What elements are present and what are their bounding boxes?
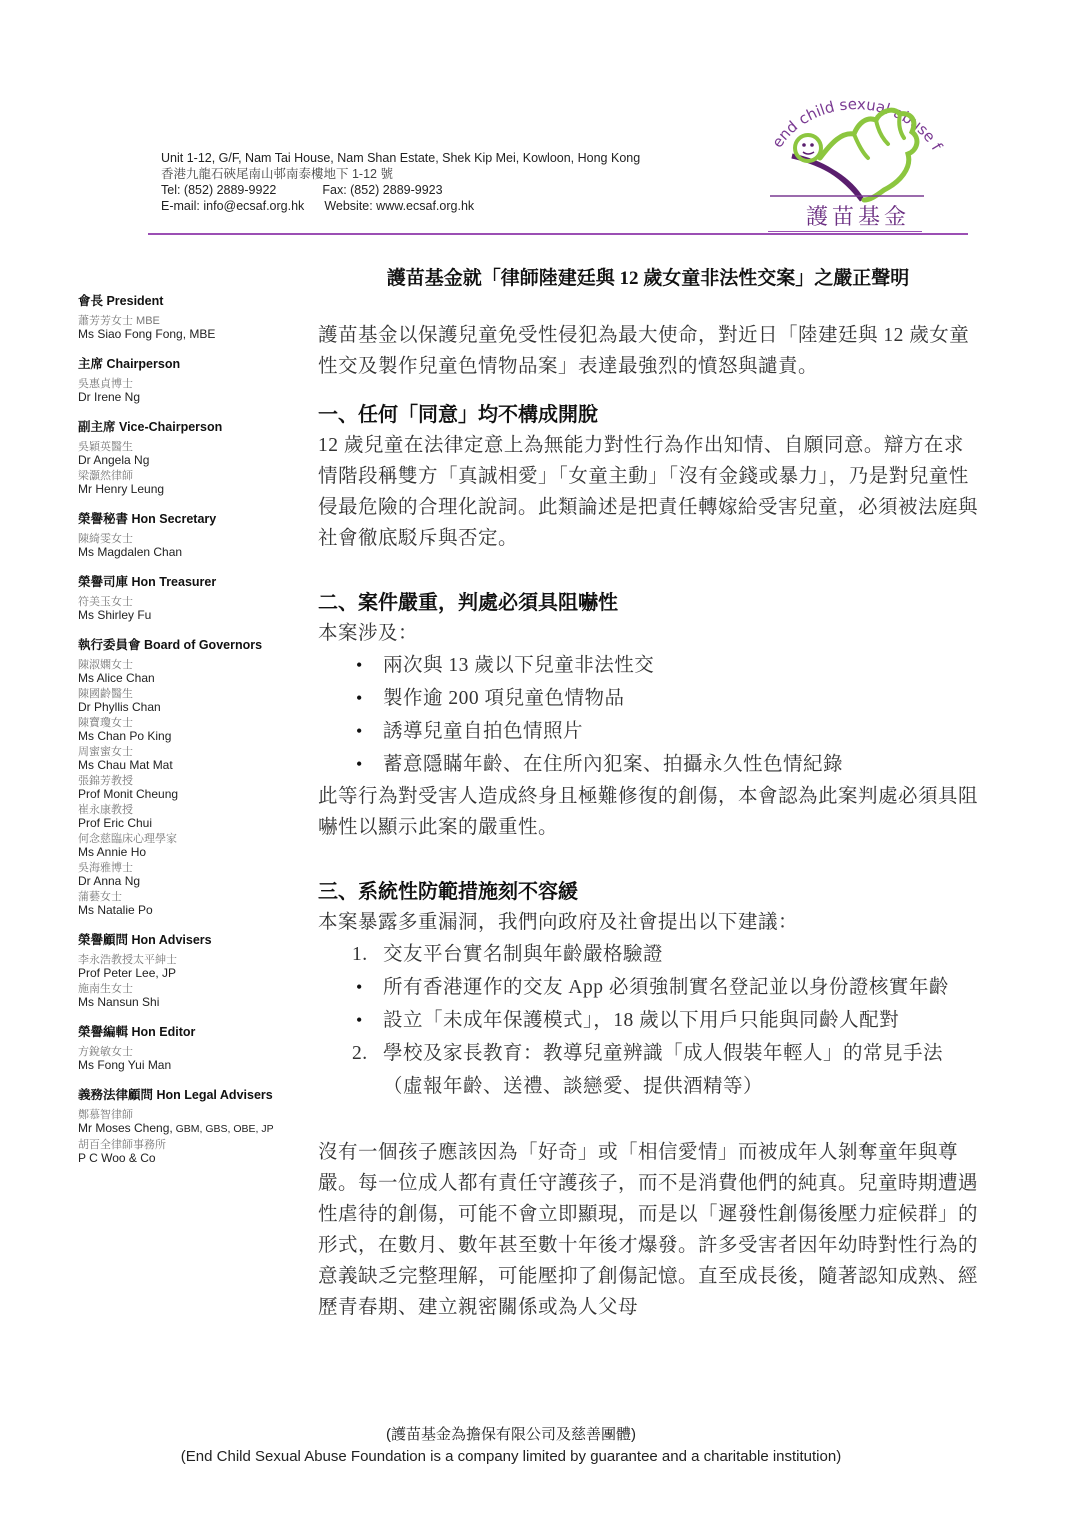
member: 方銳敏女士Ms Fong Yui Man (78, 1046, 298, 1072)
member: 陳國齡醫生Dr Phyllis Chan (78, 688, 298, 714)
member-name-en: Dr Anna Ng (78, 875, 298, 888)
section-3-lead: 本案暴露多重漏洞，我們向政府及社會提出以下建議： (318, 907, 978, 938)
group-title: 榮譽顧問 Hon Advisers (78, 933, 298, 948)
website: Website: www.ecsaf.org.hk (324, 199, 474, 213)
group-title: 榮譽司庫 Hon Treasurer (78, 575, 298, 590)
board-member-sidebar: 會長 President 蕭芳芳女士 MBE Ms Siao Fong Fong… (78, 294, 298, 1181)
member: 周蜜蜜女士Ms Chau Mat Mat (78, 746, 298, 772)
member-name-en: Ms Siao Fong Fong, MBE (78, 328, 298, 341)
list-item: 誘導兒童自拍色情照片 (318, 715, 978, 748)
member: 張錦芳教授Prof Monit Cheung (78, 775, 298, 801)
member: 崔永康教授Prof Eric Chui (78, 804, 298, 830)
member: 陳淑嫻女士Ms Alice Chan (78, 659, 298, 685)
closing-paragraph: 沒有一個孩子應該因為「好奇」或「相信愛情」而被成年人剝奪童年與尊嚴。每一位成人都… (318, 1137, 978, 1323)
group-hon-treasurer: 榮譽司庫 Hon Treasurer 符美玉女士 Ms Shirley Fu (78, 575, 298, 622)
list-item: 2. 學校及家長教育：教導兒童辨識「成人假裝年輕人」的常見手法（虛報年齡、送禮、… (318, 1037, 978, 1103)
group-title: 主席 Chairperson (78, 357, 298, 372)
group-board-of-governors: 執行委員會 Board of Governors 陳淑嫻女士Ms Alice C… (78, 638, 298, 917)
section-2-body: 此等行為對受害人造成終身且極難修復的創傷，本會認為此案判處必須具阻嚇性以顯示此案… (318, 781, 978, 843)
group-hon-advisers: 榮譽顧問 Hon Advisers 李永浩教授太平紳士Prof Peter Le… (78, 933, 298, 1009)
group-vice-chairperson: 副主席 Vice-Chairperson 吳穎英醫生 Dr Angela Ng … (78, 420, 298, 496)
group-president: 會長 President 蕭芳芳女士 MBE Ms Siao Fong Fong… (78, 294, 298, 341)
telephone: Tel: (852) 2889-9922 (161, 183, 276, 197)
address-en: Unit 1-12, G/F, Nam Tai House, Nam Shan … (161, 150, 640, 166)
statement-body: 護苗基金就「律師陸建廷與 12 歲女童非法性交案」之嚴正聲明 護苗基金以保護兒童… (318, 266, 978, 1323)
group-title: 執行委員會 Board of Governors (78, 638, 298, 653)
member-name-en: Dr Angela Ng (78, 454, 298, 467)
section-1-body: 12 歲兒童在法律定意上為無能力對性行為作出知情、自願同意。辯方在求情階段稱雙方… (318, 430, 978, 554)
list-item: • 所有香港運作的交友 App 必須強制實名登記並以身份證核實年齡 (318, 971, 978, 1004)
intro-paragraph: 護苗基金以保護兒童免受性侵犯為最大使命，對近日「陸建廷與 12 歲女童性交及製作… (318, 320, 978, 382)
member: 蒲藝女士Ms Natalie Po (78, 891, 298, 917)
list-marker: 2. (352, 1037, 368, 1070)
bullet-icon: • (356, 971, 363, 1004)
member-name-en: Ms Natalie Po (78, 904, 298, 917)
member-name-en: Ms Alice Chan (78, 672, 298, 685)
page-footer: (護苗基金為擔保有限公司及慈善團體) (End Child Sexual Abu… (0, 1424, 1022, 1468)
member-name-en: Ms Annie Ho (78, 846, 298, 859)
list-item: 1. 交友平台實名制與年齡嚴格驗證 (318, 938, 978, 971)
member-name-en: Ms Chan Po King (78, 730, 298, 743)
member: 李永浩教授太平紳士Prof Peter Lee, JP (78, 954, 298, 980)
member-name-en: Dr Phyllis Chan (78, 701, 298, 714)
list-item-text: 所有香港運作的交友 App 必須強制實名登記並以身份證核實年齡 (383, 977, 949, 998)
list-marker: 1. (352, 938, 368, 971)
member: 梁灝然律師 Mr Henry Leung (78, 470, 298, 496)
section-2-lead: 本案涉及： (318, 618, 978, 649)
document-title: 護苗基金就「律師陸建廷與 12 歲女童非法性交案」之嚴正聲明 (318, 266, 978, 292)
group-hon-legal-advisers: 義務法律顧問 Hon Legal Advisers 鄭慕智律師 Mr Moses… (78, 1088, 298, 1165)
list-item: • 設立「未成年保護模式」，18 歲以下用戶只能與同齡人配對 (318, 1004, 978, 1037)
list-item: 蓄意隱瞞年齡、在住所內犯案、拍攝永久性色情紀錄 (318, 748, 978, 781)
email: E-mail: info@ecsaf.org.hk (161, 199, 304, 213)
member-honours: GBM, GBS, OBE, JP (173, 1123, 274, 1135)
member-name-en: Ms Fong Yui Man (78, 1059, 298, 1072)
group-hon-editor: 榮譽編輯 Hon Editor 方銳敏女士Ms Fong Yui Man (78, 1025, 298, 1072)
member: 施南生女士Ms Nansun Shi (78, 983, 298, 1009)
member-name-en: Ms Shirley Fu (78, 609, 298, 622)
member: 何念慈臨床心理學家Ms Annie Ho (78, 833, 298, 859)
logo-name-zh: 護苗基金 (806, 200, 910, 231)
member: 符美玉女士 Ms Shirley Fu (78, 596, 298, 622)
member: 吳惠貞博士 Dr Irene Ng (78, 378, 298, 404)
member-name-en: Prof Peter Lee, JP (78, 967, 298, 980)
list-item-text: 學校及家長教育：教導兒童辨識「成人假裝年輕人」的常見手法（虛報年齡、送禮、談戀愛… (383, 1043, 943, 1097)
section-1-heading: 一、任何「同意」均不構成開脫 (318, 400, 978, 430)
member-name-en: Ms Nansun Shi (78, 996, 298, 1009)
footer-en: (End Child Sexual Abuse Foundation is a … (0, 1446, 1022, 1468)
group-title: 會長 President (78, 294, 298, 309)
member-name-en: Mr Moses Cheng, GBM, GBS, OBE, JP (78, 1122, 298, 1136)
member: 吳穎英醫生 Dr Angela Ng (78, 441, 298, 467)
group-title: 義務法律顧問 Hon Legal Advisers (78, 1088, 298, 1103)
member: 鄭慕智律師 Mr Moses Cheng, GBM, GBS, OBE, JP (78, 1109, 298, 1136)
member-name-en: Mr Henry Leung (78, 483, 298, 496)
member-name-en: Ms Chau Mat Mat (78, 759, 298, 772)
list-item: 製作逾 200 項兒童色情物品 (318, 682, 978, 715)
member: 吳海雅博士Dr Anna Ng (78, 862, 298, 888)
member: 陳寶瓊女士Ms Chan Po King (78, 717, 298, 743)
member-name-en-main: Mr Moses Cheng, (78, 1121, 173, 1135)
letterhead-contact: Unit 1-12, G/F, Nam Tai House, Nam Shan … (161, 150, 640, 214)
list-item-text: 設立「未成年保護模式」，18 歲以下用戶只能與同齡人配對 (383, 1010, 899, 1031)
member-name-en: P C Woo & Co (78, 1152, 298, 1165)
group-title: 榮譽秘書 Hon Secretary (78, 512, 298, 527)
footer-zh: (護苗基金為擔保有限公司及慈善團體) (0, 1424, 1022, 1446)
section-2-heading: 二、案件嚴重，判處必須具阻嚇性 (318, 588, 978, 618)
member: 蕭芳芳女士 MBE Ms Siao Fong Fong, MBE (78, 315, 298, 341)
section-3-heading: 三、系統性防範措施刻不容緩 (318, 877, 978, 907)
member: 陳綺雯女士 Ms Magdalen Chan (78, 533, 298, 559)
group-hon-secretary: 榮譽秘書 Hon Secretary 陳綺雯女士 Ms Magdalen Cha… (78, 512, 298, 559)
group-title: 榮譽編輯 Hon Editor (78, 1025, 298, 1040)
member-name-en: Prof Eric Chui (78, 817, 298, 830)
bullet-icon: • (356, 1004, 363, 1037)
member-name-en: Prof Monit Cheung (78, 788, 298, 801)
member-name-en: Dr Irene Ng (78, 391, 298, 404)
address-zh: 香港九龍石硤尾南山邨南泰樓地下 1-12 號 (161, 166, 640, 182)
list-item-text: 交友平台實名制與年齡嚴格驗證 (383, 944, 663, 965)
group-chairperson: 主席 Chairperson 吳惠貞博士 Dr Irene Ng (78, 357, 298, 404)
member-name-en: Ms Magdalen Chan (78, 546, 298, 559)
recommendation-list: 1. 交友平台實名制與年齡嚴格驗證 • 所有香港運作的交友 App 必須強制實名… (318, 938, 978, 1103)
member: 胡百全律師事務所P C Woo & Co (78, 1139, 298, 1165)
group-title: 副主席 Vice-Chairperson (78, 420, 298, 435)
fax: Fax: (852) 2889-9923 (322, 183, 442, 197)
offence-list: 兩次與 13 歲以下兒童非法性交 製作逾 200 項兒童色情物品 誘導兒童自拍色… (318, 649, 978, 781)
header-divider (148, 233, 968, 235)
list-item: 兩次與 13 歲以下兒童非法性交 (318, 649, 978, 682)
